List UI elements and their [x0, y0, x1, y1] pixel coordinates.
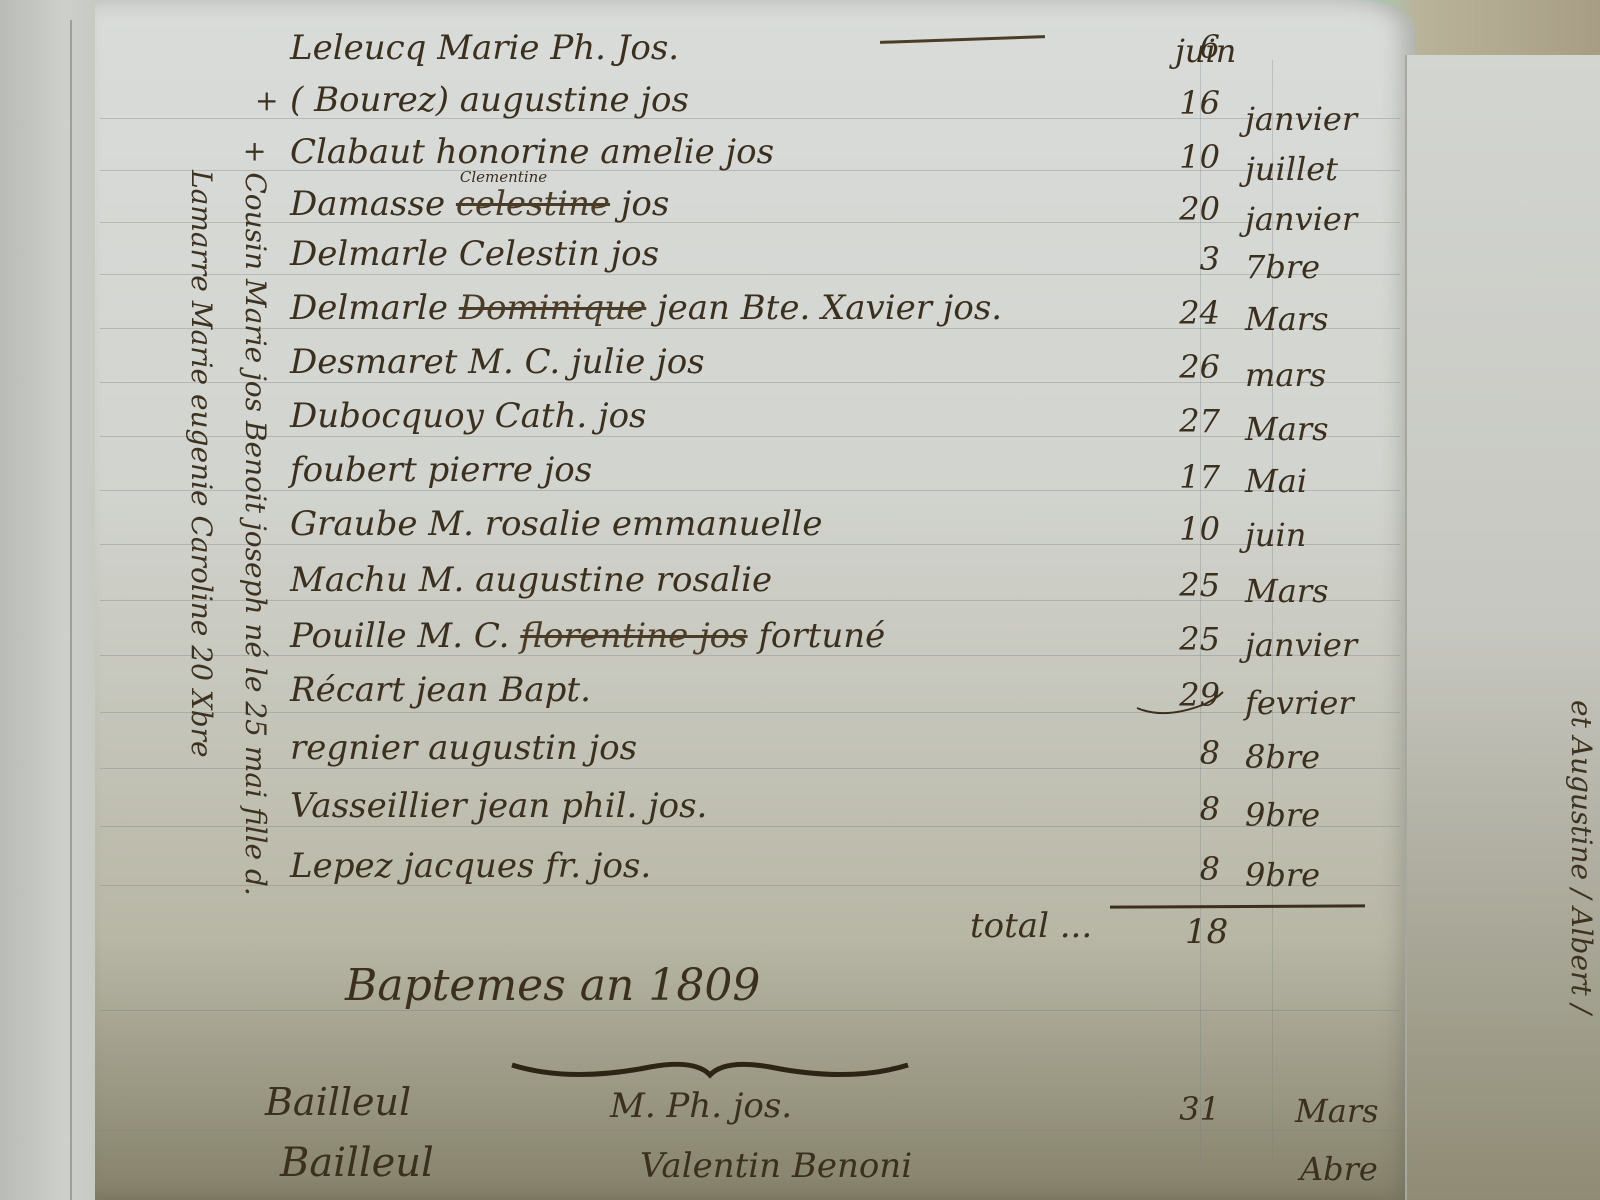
- entry-1809-surname: Bailleul: [265, 1080, 411, 1124]
- page-edge-line: [70, 20, 72, 1200]
- entry-name-corrected: Delmarle Dominique jean Bte. Xavier jos.: [290, 288, 1002, 328]
- entry-month: Mars: [1295, 1092, 1379, 1130]
- entry-month: 9bre: [1245, 856, 1320, 894]
- entry-day: 10: [1160, 138, 1220, 176]
- entry-name: Clabaut honorine amelie jos: [290, 132, 774, 172]
- name-suffix: jos: [621, 184, 669, 224]
- entry-1809-given: M. Ph. jos.: [610, 1086, 792, 1126]
- margin-note-left-outer: + Cousin Marie jos Benoit joseph né le 2…: [239, 140, 272, 896]
- entry-day: 27: [1160, 402, 1220, 440]
- entry-month: janvier: [1245, 100, 1357, 138]
- cross-marker: +: [255, 84, 278, 117]
- entry-name: Graube M. rosalie emmanuelle: [290, 504, 822, 544]
- facing-page: [1405, 55, 1600, 1200]
- entry-month: 9bre: [1245, 796, 1320, 834]
- total-value: 18: [1185, 912, 1228, 952]
- entry-month: juin: [1175, 32, 1236, 70]
- entry-day: 20: [1160, 190, 1220, 228]
- name-suffix: fortuné: [758, 616, 885, 656]
- entry-name: Machu M. augustine rosalie: [290, 560, 772, 600]
- header-flourish-icon: [510, 1055, 910, 1085]
- entry-name: Delmarle Celestin jos: [290, 234, 659, 274]
- name-prefix: Pouille M. C.: [290, 616, 509, 656]
- entry-month: Mars: [1245, 410, 1329, 448]
- entry-month: Abre: [1300, 1150, 1378, 1188]
- entry-day: 8: [1160, 850, 1220, 888]
- entry-1809-surname: Bailleul: [280, 1140, 434, 1186]
- bracket-flourish-icon: [1135, 690, 1225, 720]
- entry-month: fevrier: [1245, 684, 1354, 722]
- entry-month: 7bre: [1245, 248, 1320, 286]
- struck-text: Dominique: [459, 288, 646, 328]
- entry-month: 8bre: [1245, 738, 1320, 776]
- entry-day: 26: [1160, 348, 1220, 386]
- entry-day: 25: [1160, 566, 1220, 604]
- entry-day: 24: [1160, 294, 1220, 332]
- entry-name: Desmaret M. C. julie jos: [290, 342, 705, 382]
- entry-month: Mai: [1245, 462, 1307, 500]
- section-header: Baptemes an 1809: [345, 960, 760, 1011]
- entry-month: mars: [1245, 356, 1326, 394]
- entry-day: 3: [1160, 240, 1220, 278]
- entry-name: foubert pierre jos: [290, 450, 592, 490]
- name-suffix: jean Bte. Xavier jos.: [657, 288, 1002, 328]
- entry-day: 8: [1160, 734, 1220, 772]
- entry-day: 8: [1160, 790, 1220, 828]
- total-label: total ...: [970, 906, 1092, 946]
- entry-name: regnier augustin jos: [290, 728, 637, 768]
- entry-name-corrected: Damasse Clementine celestine jos: [290, 184, 669, 224]
- entry-day: 10: [1160, 510, 1220, 548]
- entry-name: Lepez jacques fr. jos.: [290, 846, 651, 886]
- entry-day: 31: [1160, 1090, 1220, 1128]
- margin-note-left-inner: Lamarre Marie eugenie Caroline 20 Xbre: [185, 170, 218, 758]
- entry-1809-given: Valentin Benoni: [640, 1146, 912, 1186]
- entry-name: Récart jean Bapt.: [290, 670, 591, 710]
- entry-name-corrected: Pouille M. C. florentine jos fortuné: [290, 616, 885, 656]
- struck-text: celestine: [456, 184, 610, 224]
- struck-text: florentine jos: [520, 616, 747, 656]
- entry-day: 17: [1160, 458, 1220, 496]
- entry-name: Vasseillier jean phil. jos.: [290, 786, 707, 826]
- ruled-line: [100, 1130, 1400, 1131]
- correction-above: Clementine: [460, 168, 547, 186]
- margin-note-right: et Augustine / Albert /: [1565, 700, 1598, 1014]
- entry-name: ( Bourez) augustine jos: [290, 80, 689, 120]
- entry-day: 25: [1160, 620, 1220, 658]
- entry-month: juin: [1245, 516, 1306, 554]
- entry-name: Dubocquoy Cath. jos: [290, 396, 647, 436]
- entry-day: 16: [1160, 84, 1220, 122]
- name-prefix: Delmarle: [290, 288, 448, 328]
- entry-month: Mars: [1245, 300, 1329, 338]
- entry-month: Mars: [1245, 572, 1329, 610]
- name-prefix: Damasse: [290, 184, 445, 224]
- entry-month: janvier: [1245, 626, 1357, 664]
- entry-month: juillet: [1245, 150, 1338, 188]
- entry-name: Leleucq Marie Ph. Jos.: [290, 28, 679, 68]
- entry-month: janvier: [1245, 200, 1357, 238]
